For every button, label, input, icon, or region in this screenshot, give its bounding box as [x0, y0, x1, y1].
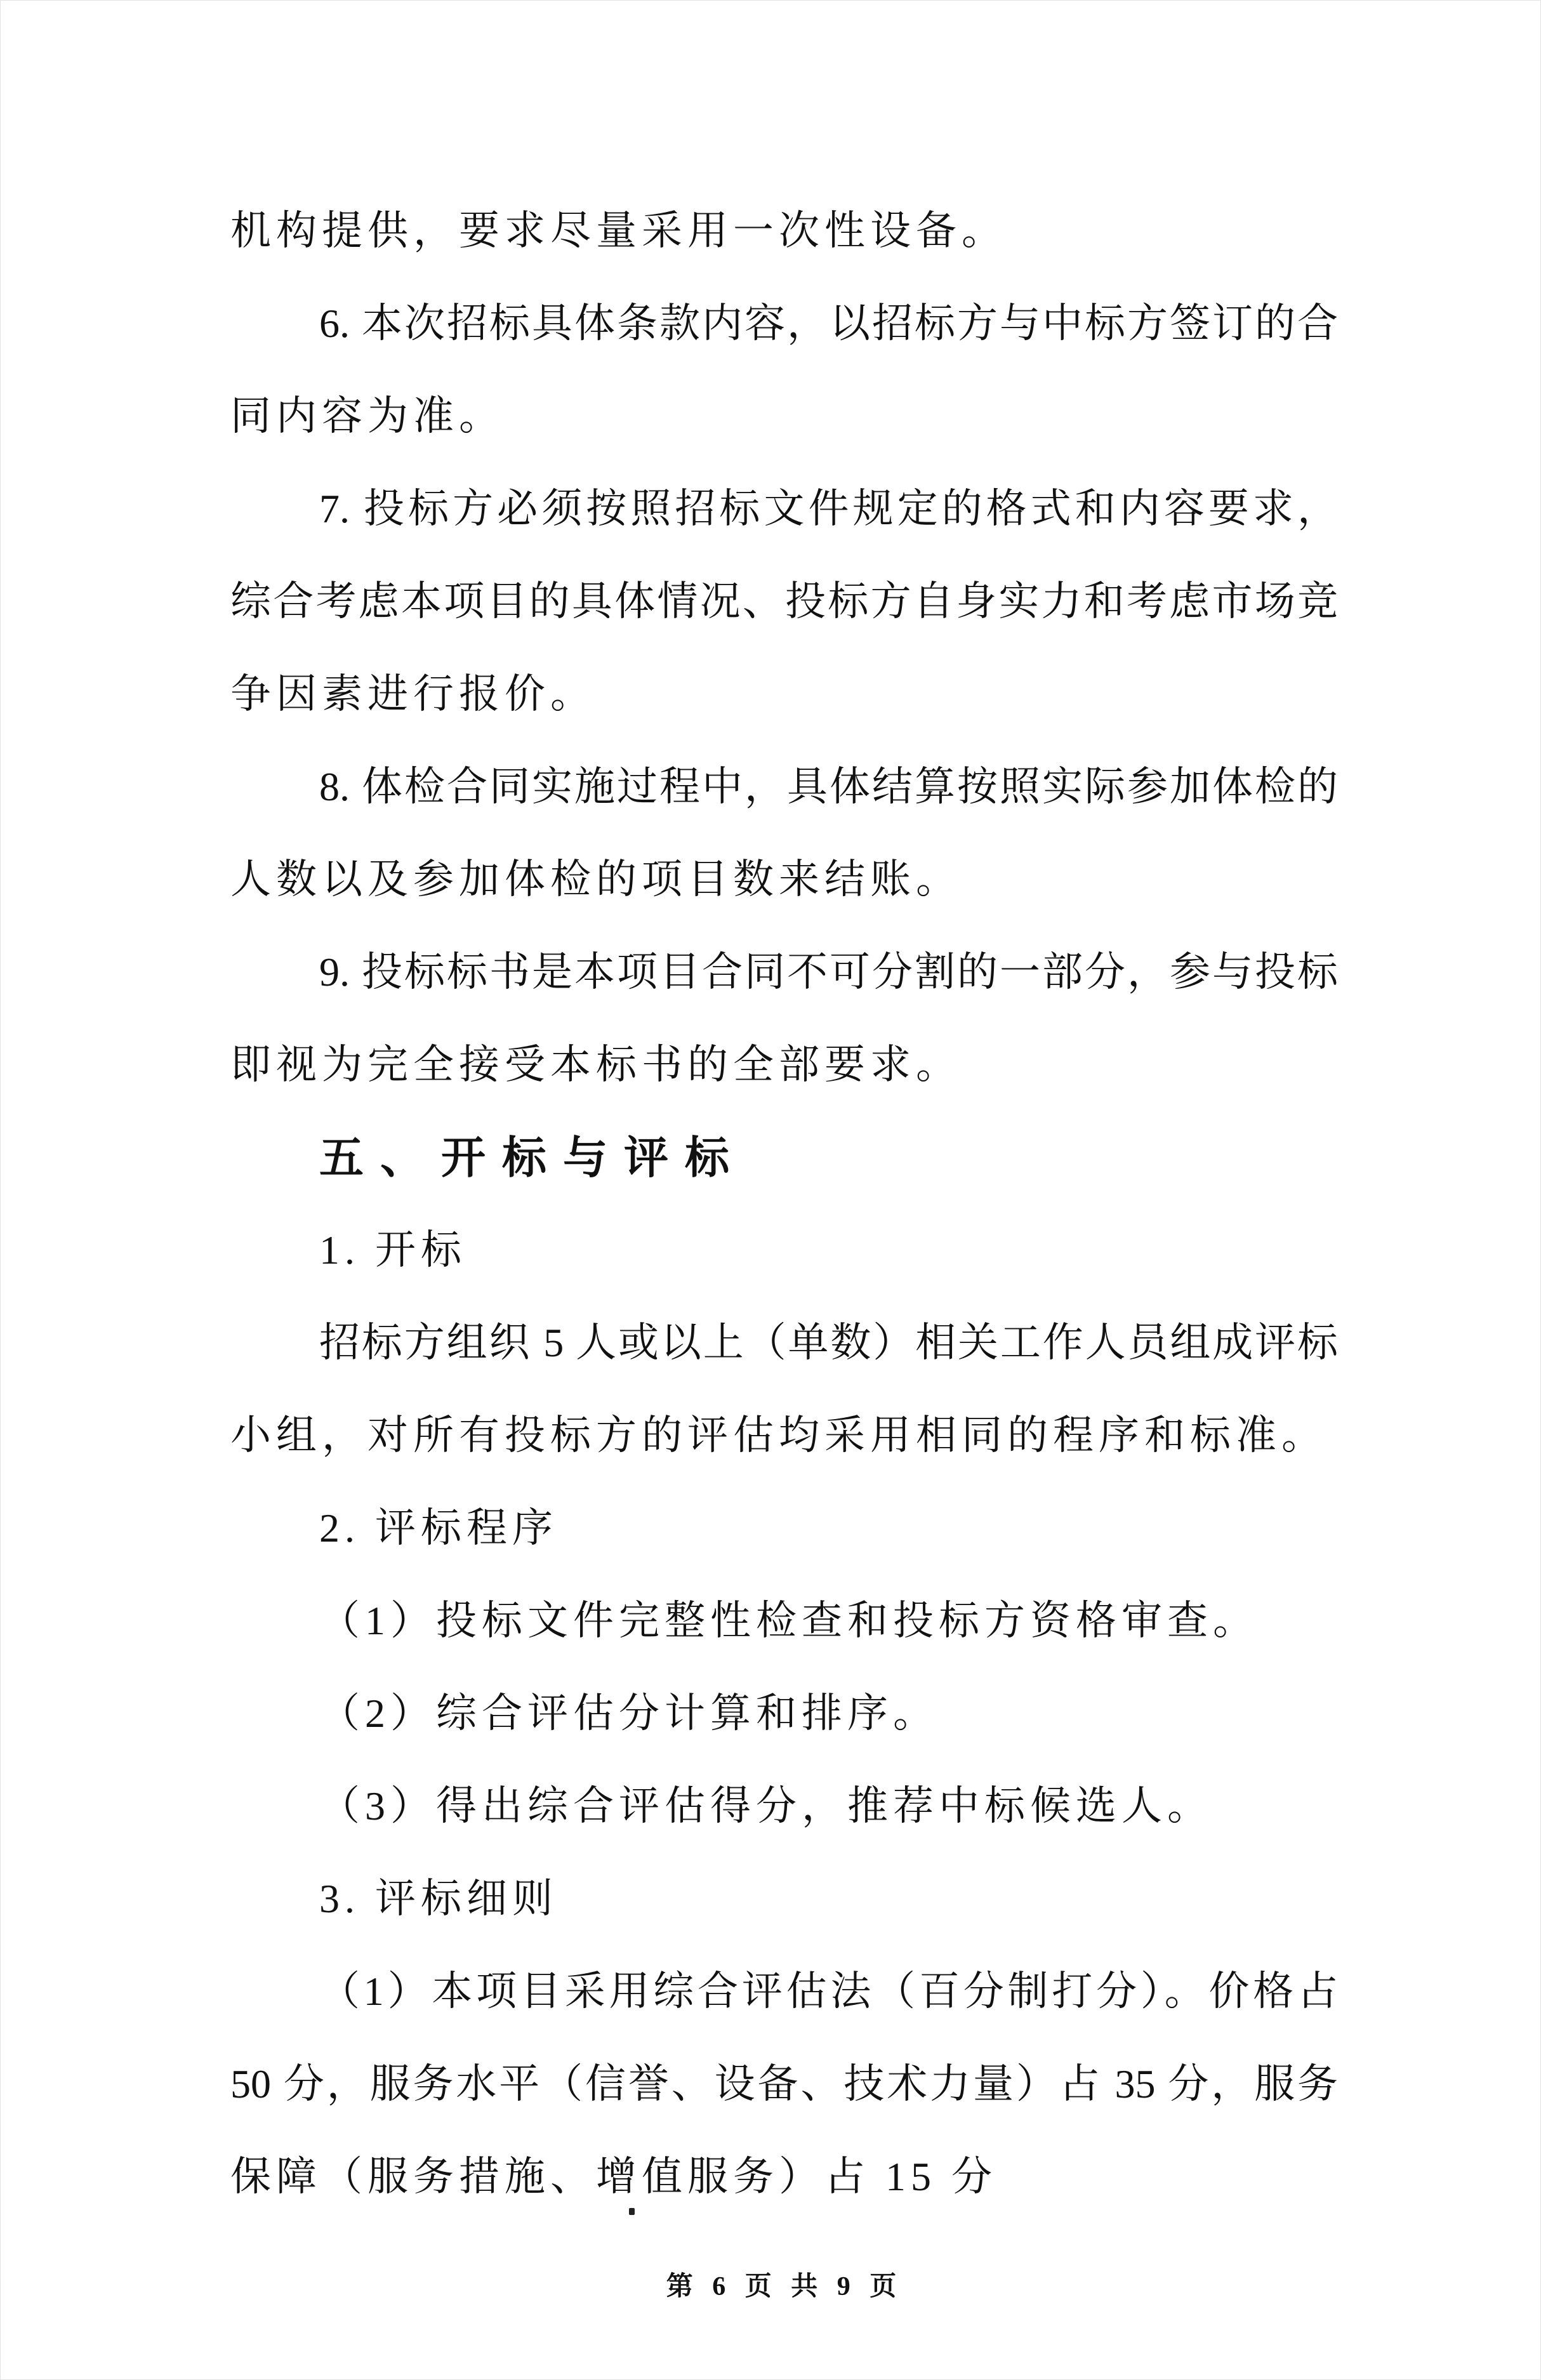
doc-line: 7. 投标方必须按照招标文件规定的格式和内容要求，: [230, 463, 1338, 555]
doc-line: 争因素进行报价。: [230, 648, 1338, 741]
doc-line: 9. 投标标书是本项目合同不可分割的一部分，参与投标: [230, 926, 1338, 1019]
doc-line: 2. 评标程序: [230, 1482, 1338, 1575]
doc-line: 综合考虑本项目的具体情况、投标方自身实力和考虑市场竞: [230, 555, 1338, 648]
stray-dot-artifact: [629, 2208, 635, 2215]
section-heading: 五、开标与评标: [230, 1111, 1338, 1204]
doc-line: 保障（服务措施、增值服务）占 15 分: [230, 2131, 1338, 2223]
doc-line: 即视为完全接受本标书的全部要求。: [230, 1019, 1338, 1111]
doc-line: 人数以及参加体检的项目数来结账。: [230, 833, 1338, 926]
doc-line: （3）得出综合评估得分，推荐中标候选人。: [230, 1760, 1338, 1853]
doc-line: 招标方组织 5 人或以上（单数）相关工作人员组成评标: [230, 1297, 1338, 1389]
doc-line: 机构提供，要求尽量采用一次性设备。: [230, 185, 1338, 277]
doc-line: 6. 本次招标具体条款内容，以招标方与中标方签订的合: [230, 277, 1338, 370]
doc-line: （1）本项目采用综合评估法（百分制打分）。价格占: [230, 1945, 1338, 2038]
doc-line: 小组，对所有投标方的评估均采用相同的程序和标准。: [230, 1389, 1338, 1482]
doc-line: 50 分，服务水平（信誉、设备、技术力量）占 35 分，服务: [230, 2038, 1338, 2131]
document-page: 机构提供，要求尽量采用一次性设备。 6. 本次招标具体条款内容，以招标方与中标方…: [0, 0, 1541, 2380]
doc-line: 1. 开标: [230, 1204, 1338, 1297]
doc-line: 3. 评标细则: [230, 1853, 1338, 1945]
doc-line: （1）投标文件完整性检查和投标方资格审查。: [230, 1575, 1338, 1667]
doc-line: 同内容为准。: [230, 370, 1338, 463]
page-footer: 第 6 页 共 9 页: [15, 2268, 1541, 2306]
doc-line: （2）综合评估分计算和排序。: [230, 1667, 1338, 1760]
doc-line: 8. 体检合同实施过程中，具体结算按照实际参加体检的: [230, 741, 1338, 833]
document-body: 机构提供，要求尽量采用一次性设备。 6. 本次招标具体条款内容，以招标方与中标方…: [230, 185, 1338, 2223]
